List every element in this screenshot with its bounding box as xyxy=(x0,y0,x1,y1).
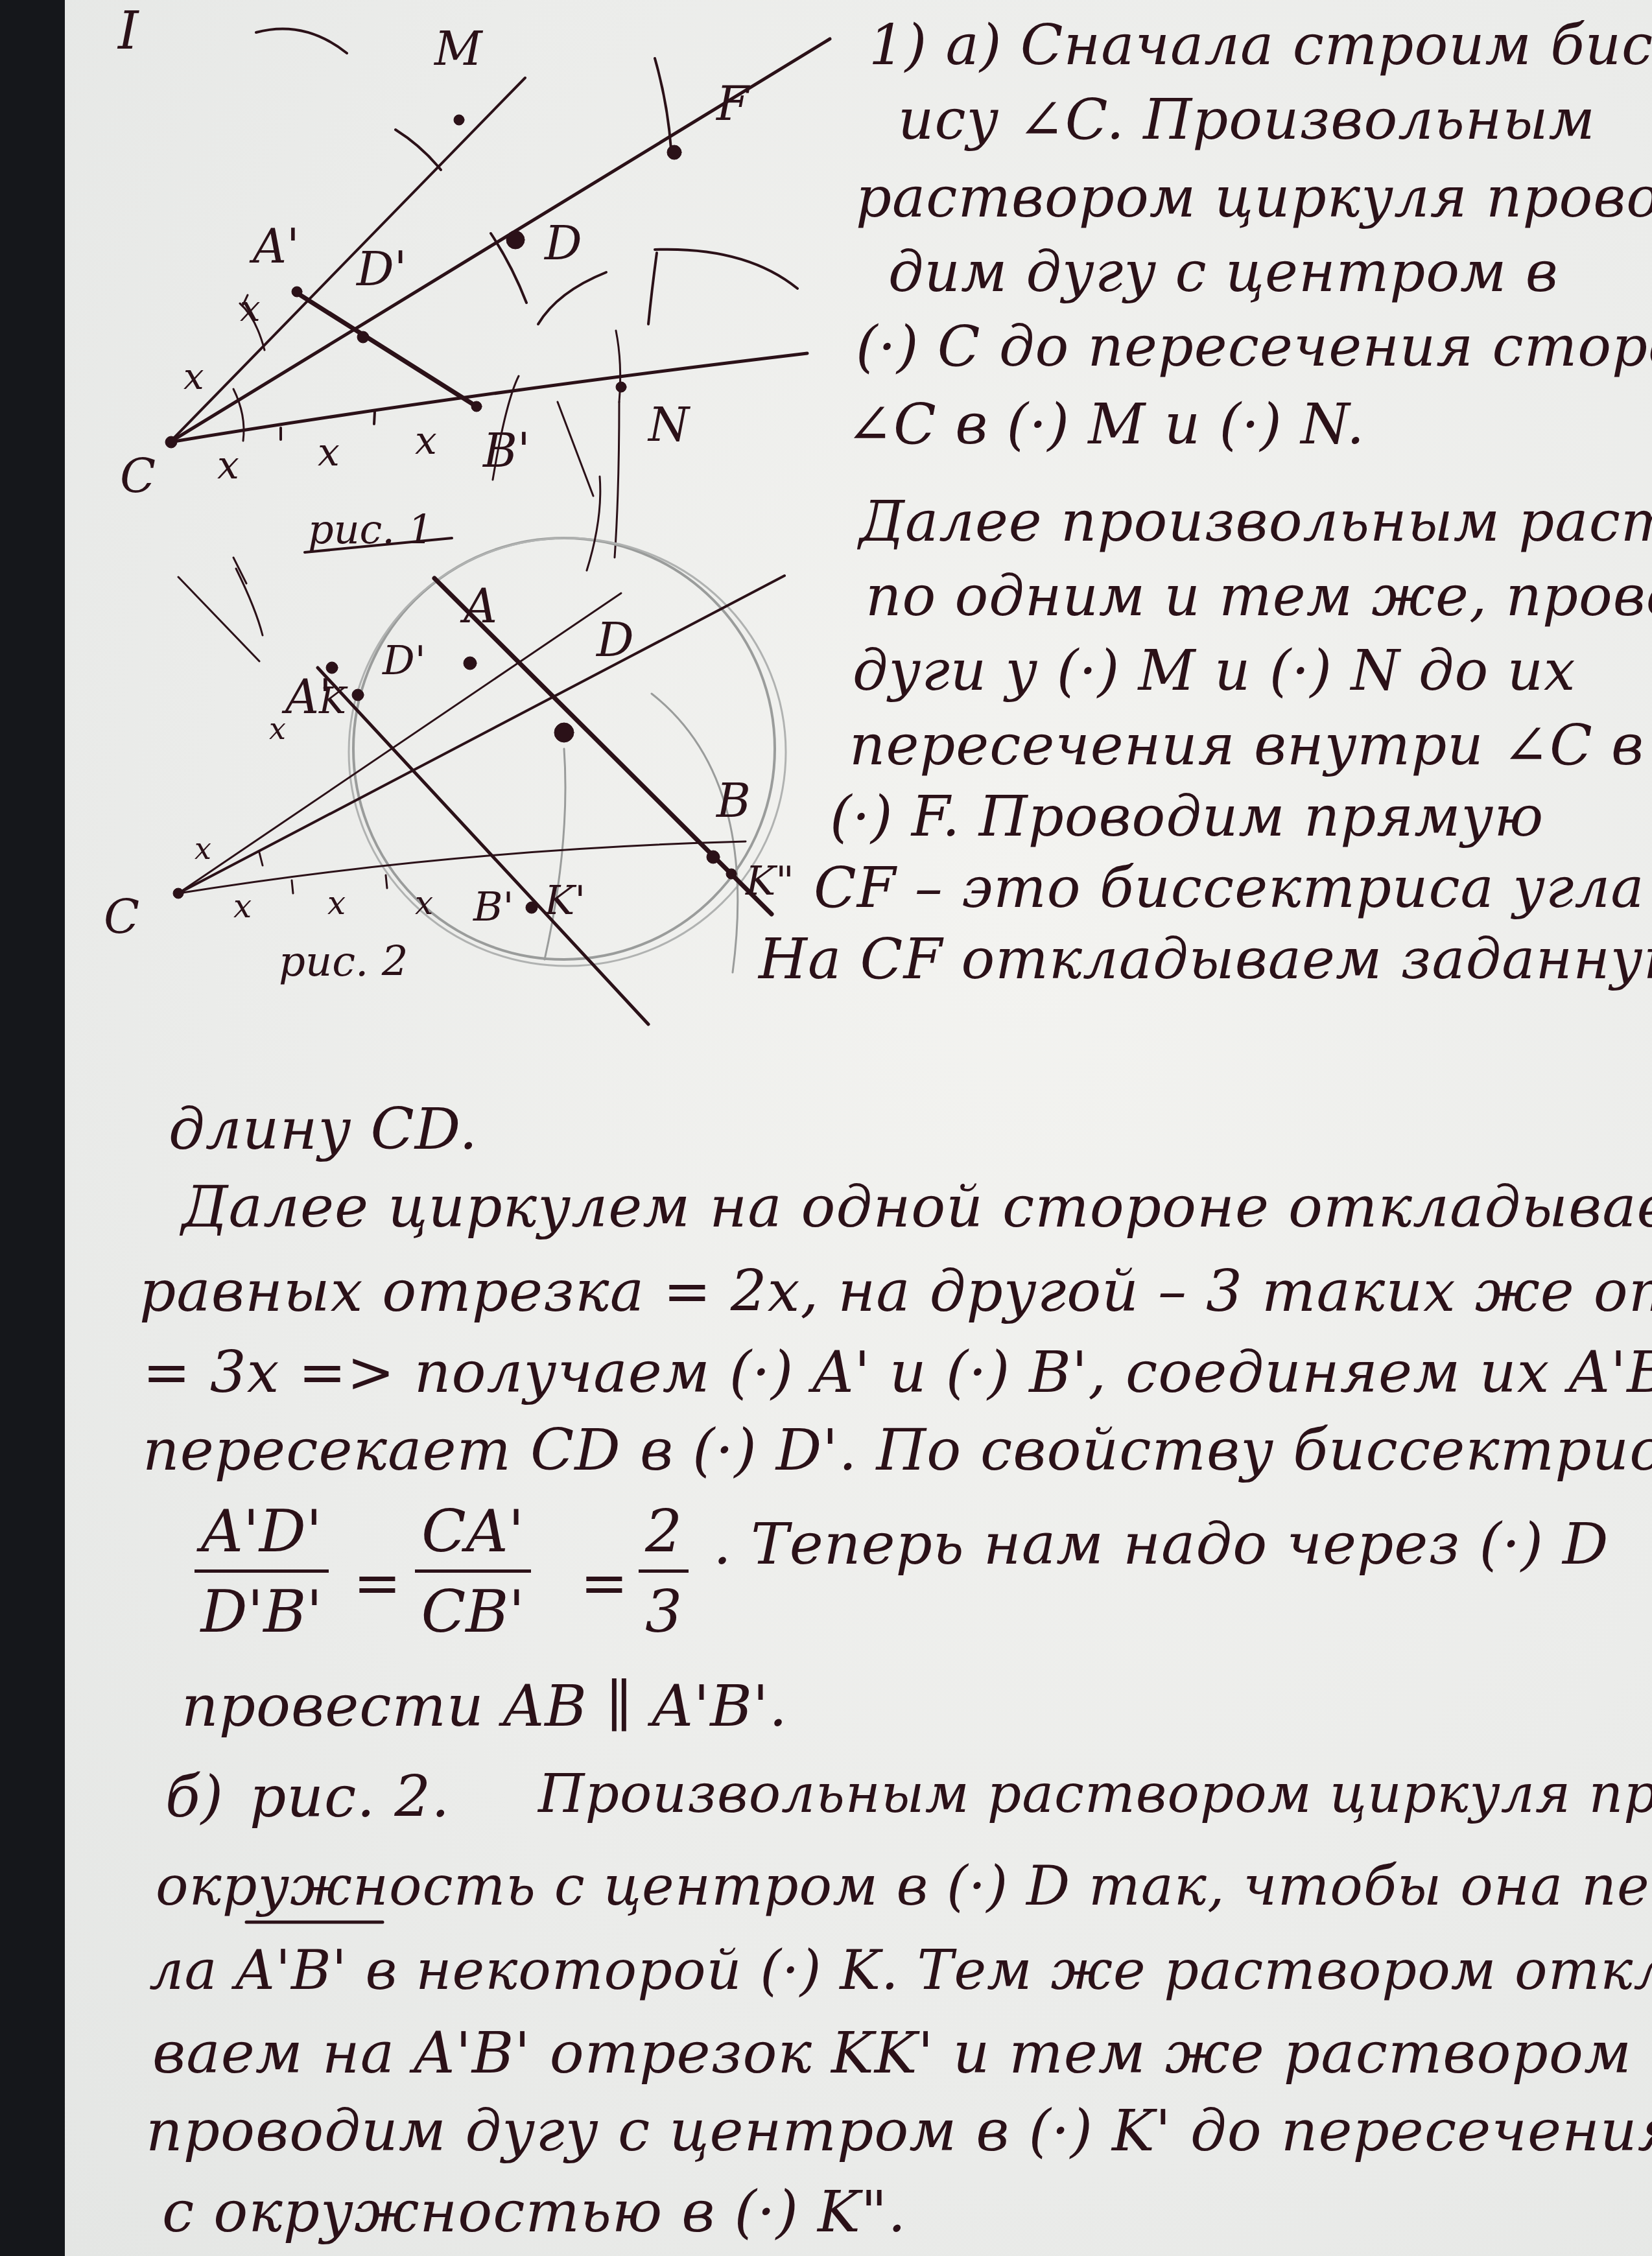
solution-line: с окружностью в (·) K". xyxy=(162,2178,906,2245)
fraction-lhs: A'D' D'B' xyxy=(195,1498,329,1646)
part-b-figure-ref: рис. 2. xyxy=(250,1763,450,1830)
figure-2-caption: рис. 2 xyxy=(279,938,408,986)
mark-x: x xyxy=(415,884,433,922)
equals-sign: = xyxy=(353,1549,402,1616)
label-C: C xyxy=(104,890,139,945)
solution-line: = 3x => получаем (·) A' и (·) B', соедин… xyxy=(143,1339,1652,1405)
figure-2 xyxy=(173,476,786,1024)
fraction-rhs: 2 3 xyxy=(639,1498,689,1646)
solution-line: CF – это биссектриса угла C. xyxy=(814,856,1652,921)
mark-x: x xyxy=(240,288,261,330)
label-K-prime: K' xyxy=(544,876,585,924)
solution-line: окружность с центром в (·) D так, чтобы … xyxy=(156,1854,1652,1918)
fraction-numerator: A'D' xyxy=(195,1498,329,1573)
solution-line: 1) а) Сначала строим биссектр- xyxy=(869,13,1652,78)
solution-line: (·) C до пересечения сторон xyxy=(856,314,1652,379)
solution-line: Произвольным раствором циркуля проводим xyxy=(538,1763,1652,1825)
fraction-numerator: 2 xyxy=(639,1498,689,1573)
mark-x: x xyxy=(217,443,239,488)
solution-line: пересечения внутри ∠C в xyxy=(849,713,1644,778)
label-B-prime: B' xyxy=(473,883,514,930)
label-M: M xyxy=(433,21,484,76)
label-A-prime: A' xyxy=(249,219,300,274)
part-b-label: б) xyxy=(165,1763,224,1830)
solution-line: длину CD. xyxy=(169,1096,478,1162)
solution-line: провести AB ∥ A'B'. xyxy=(182,1673,788,1739)
label-C: C xyxy=(120,449,156,504)
solution-line: по одним и тем же, проводим xyxy=(866,564,1652,629)
mark-x: x xyxy=(415,418,437,464)
solution-line: ∠C в (·) M и (·) N. xyxy=(846,392,1365,457)
fraction-mid: CA' CB' xyxy=(415,1498,531,1646)
solution-line: Далее циркулем на одной стороне откладыв… xyxy=(182,1173,1652,1240)
label-D: D xyxy=(595,613,634,667)
solution-line: раствором циркуля прово- xyxy=(856,165,1652,230)
solution-line: пересекает CD в (·) D'. По свойству бисс… xyxy=(143,1416,1652,1483)
figure-1-caption: рис. 1 xyxy=(308,506,433,553)
solution-line: . Теперь нам надо через (·) D xyxy=(713,1510,1609,1577)
label-D-prime: D' xyxy=(382,637,426,684)
label-F: F xyxy=(715,76,751,131)
fraction-denominator: 3 xyxy=(639,1573,689,1646)
mark-x: x xyxy=(233,887,252,925)
mark-x: x xyxy=(327,884,346,922)
solution-line: На CF откладываем заданную xyxy=(759,927,1652,992)
section-number: I xyxy=(117,1,139,61)
equals-sign: = xyxy=(580,1549,629,1616)
label-D: D xyxy=(543,216,582,270)
solution-line: равных отрезка = 2x, на другой – 3 таких… xyxy=(139,1258,1652,1324)
solution-line: ла A'B' в некоторой (·) K. Тем же раство… xyxy=(149,1938,1652,2002)
solution-line: ваем на A'B' отрезок KK' и тем же раство… xyxy=(152,2019,1632,2086)
label-B: B xyxy=(715,773,751,828)
solution-line: дуги у (·) M и (·) N до их xyxy=(853,639,1576,703)
label-B-prime: B' xyxy=(482,423,530,478)
solution-line: (·) F. Проводим прямую xyxy=(830,784,1544,849)
solution-line: ису ∠C. Произвольным xyxy=(898,88,1596,152)
label-A: A xyxy=(460,579,497,633)
label-K-double-prime: K" xyxy=(745,857,794,904)
fraction-numerator: CA' xyxy=(415,1498,531,1573)
mark-x: x xyxy=(318,430,340,475)
fraction-denominator: CB' xyxy=(415,1573,531,1646)
solution-line: Далее произвольным раствором xyxy=(859,489,1652,554)
label-D-prime: D' xyxy=(355,242,407,296)
mark-x: x xyxy=(183,356,204,398)
solution-line: проводим дугу с центром в (·) K' до пере… xyxy=(146,2097,1652,2164)
mark-x: x xyxy=(195,831,211,866)
label-K: K xyxy=(318,680,348,722)
fraction-denominator: D'B' xyxy=(195,1573,329,1646)
label-N: N xyxy=(647,397,691,452)
mark-x: x xyxy=(269,711,286,746)
solution-line: дим дугу с центром в xyxy=(888,240,1559,305)
